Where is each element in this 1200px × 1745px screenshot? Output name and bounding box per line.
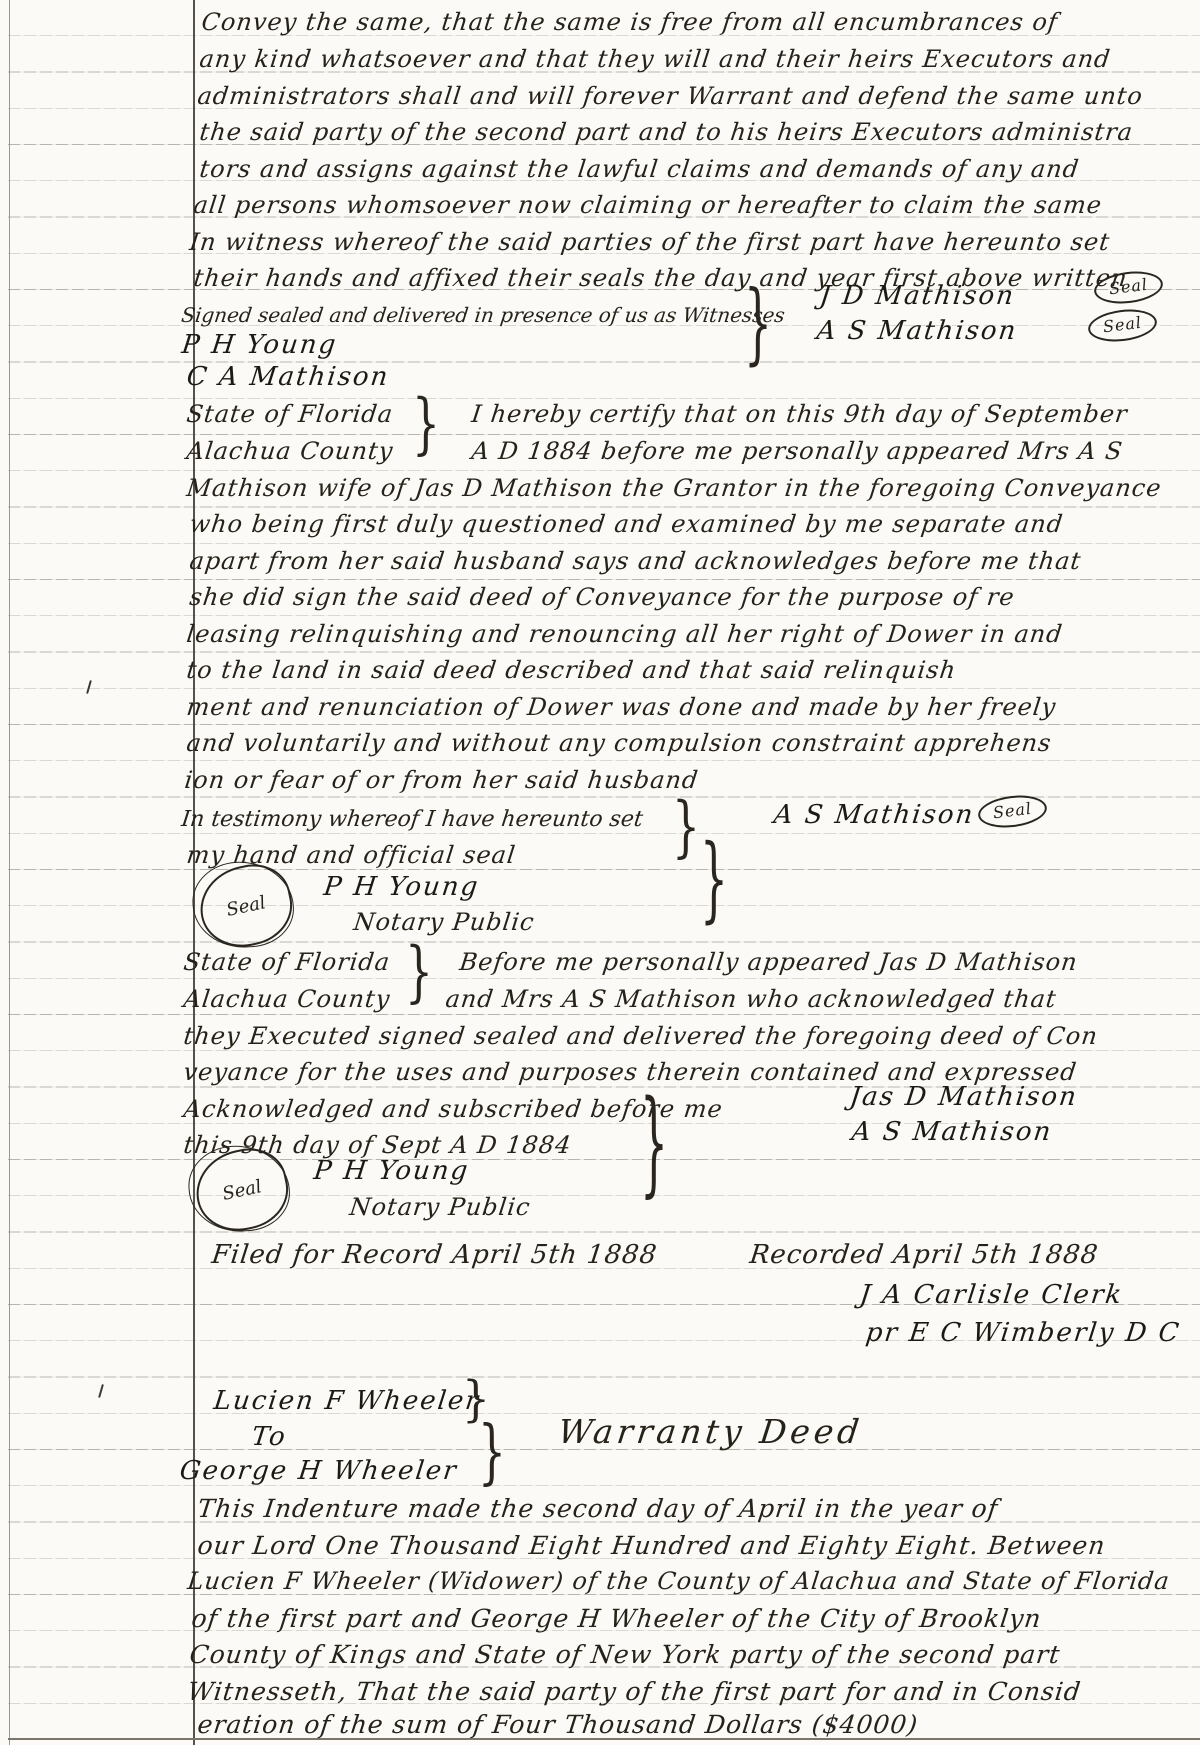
witness-brace: } <box>744 281 772 369</box>
recorded-line: Recorded April 5th 1888 <box>748 1240 1100 1270</box>
ack-line: ment and renunciation of Dower was done … <box>185 693 1058 721</box>
ledger-page: Convey the same, that the same is free f… <box>0 0 1200 1745</box>
witness-clause: Signed sealed and delivered in presence … <box>180 303 786 327</box>
ack-line: leasing relinquishing and renouncing all… <box>185 620 1064 648</box>
deed-line: Lucien F Wheeler (Widower) of the County… <box>186 1567 1172 1595</box>
deed-line: any kind whatsoever and that they will a… <box>198 45 1112 73</box>
grantor-name: Lucien F Wheeler <box>212 1386 482 1416</box>
ack-line: who being first duly questioned and exam… <box>188 510 1065 538</box>
deed-line: Convey the same, that the same is free f… <box>200 8 1060 36</box>
venue-brace: } <box>412 392 440 458</box>
deed-line: County of Kings and State of New York pa… <box>188 1640 1062 1669</box>
clerk-signature: J A Carlisle Clerk <box>858 1280 1125 1310</box>
ack-line: apart from her said husband says and ack… <box>188 547 1083 575</box>
notary-name: P H Young <box>322 872 481 902</box>
ack-line: and voluntarily and without any compulsi… <box>185 729 1053 757</box>
signature-as-mathison: A S Mathison <box>850 1117 1054 1147</box>
ack-line: Mathison wife of Jas D Mathison the Gran… <box>185 474 1163 502</box>
venue-brace: } <box>405 940 433 1006</box>
deed-line: In witness whereof the said parties of t… <box>188 228 1112 256</box>
caption-to: To <box>250 1422 289 1452</box>
witness-ca-mathison: C A Mathison <box>185 362 391 392</box>
signature-as-mathison: A S Mathison <box>815 316 1019 346</box>
signature-jas-d-mathison: Jas D Mathison <box>848 1082 1080 1112</box>
deed-line: all persons whomsoever now claiming or h… <box>192 191 1104 219</box>
deed-line: administrators shall and will forever Wa… <box>196 82 1145 110</box>
deed-line: our Lord One Thousand Eight Hundred and … <box>196 1531 1107 1560</box>
venue-state: State of Florida <box>182 948 392 976</box>
deputy-clerk-signature: pr E C Wimberly D C <box>864 1318 1182 1348</box>
venue-county: Alachua County <box>182 985 392 1013</box>
deed-line: eration of the sum of Four Thousand Doll… <box>196 1710 920 1739</box>
signature-as-mathison: A S Mathison <box>772 800 976 830</box>
ack-line: A D 1884 before me personally appeared M… <box>470 437 1125 465</box>
filed-line: Filed for Record April 5th 1888 <box>210 1240 659 1270</box>
caption-brace: } <box>478 1418 506 1488</box>
notary-name: P H Young <box>312 1156 471 1186</box>
venue-county: Alachua County <box>185 437 395 465</box>
witness-ph-young: P H Young <box>180 330 339 360</box>
testimony-brace: } <box>672 795 700 861</box>
signature-jd-mathison: J D Mathison <box>818 281 1017 311</box>
ack-line: ion or fear of or from her said husband <box>183 766 700 794</box>
testimony-line: In testimony whereof I have hereunto set <box>180 807 644 832</box>
deed-line: of the first part and George H Wheeler o… <box>190 1604 1043 1633</box>
deed-line: This Indenture made the second day of Ap… <box>196 1494 1000 1523</box>
ack-line: she did sign the said deed of Conveyance… <box>188 583 1016 611</box>
venue-state: State of Florida <box>185 400 395 428</box>
ack-line: they Executed signed sealed and delivere… <box>182 1022 1100 1050</box>
notary-title: Notary Public <box>348 1193 532 1221</box>
deed-line: Witnesseth, That the said party of the f… <box>186 1677 1083 1706</box>
subscription-brace: } <box>640 1088 668 1202</box>
deed-line: tors and assigns against the lawful clai… <box>198 155 1081 183</box>
ack-line: to the land in said deed described and t… <box>185 656 958 684</box>
notary-brace: } <box>700 835 728 927</box>
ack-line: Before me personally appeared Jas D Math… <box>458 948 1079 976</box>
ack-line: I hereby certify that on this 9th day of… <box>470 400 1129 428</box>
grantee-name: George H Wheeler <box>178 1456 460 1486</box>
notary-title: Notary Public <box>352 908 536 936</box>
page-edge-line <box>9 0 10 1745</box>
ack-line: and Mrs A S Mathison who acknowledged th… <box>444 985 1058 1013</box>
deed-title: Warranty Deed <box>556 1412 865 1451</box>
deed-line: the said party of the second part and to… <box>198 118 1135 146</box>
